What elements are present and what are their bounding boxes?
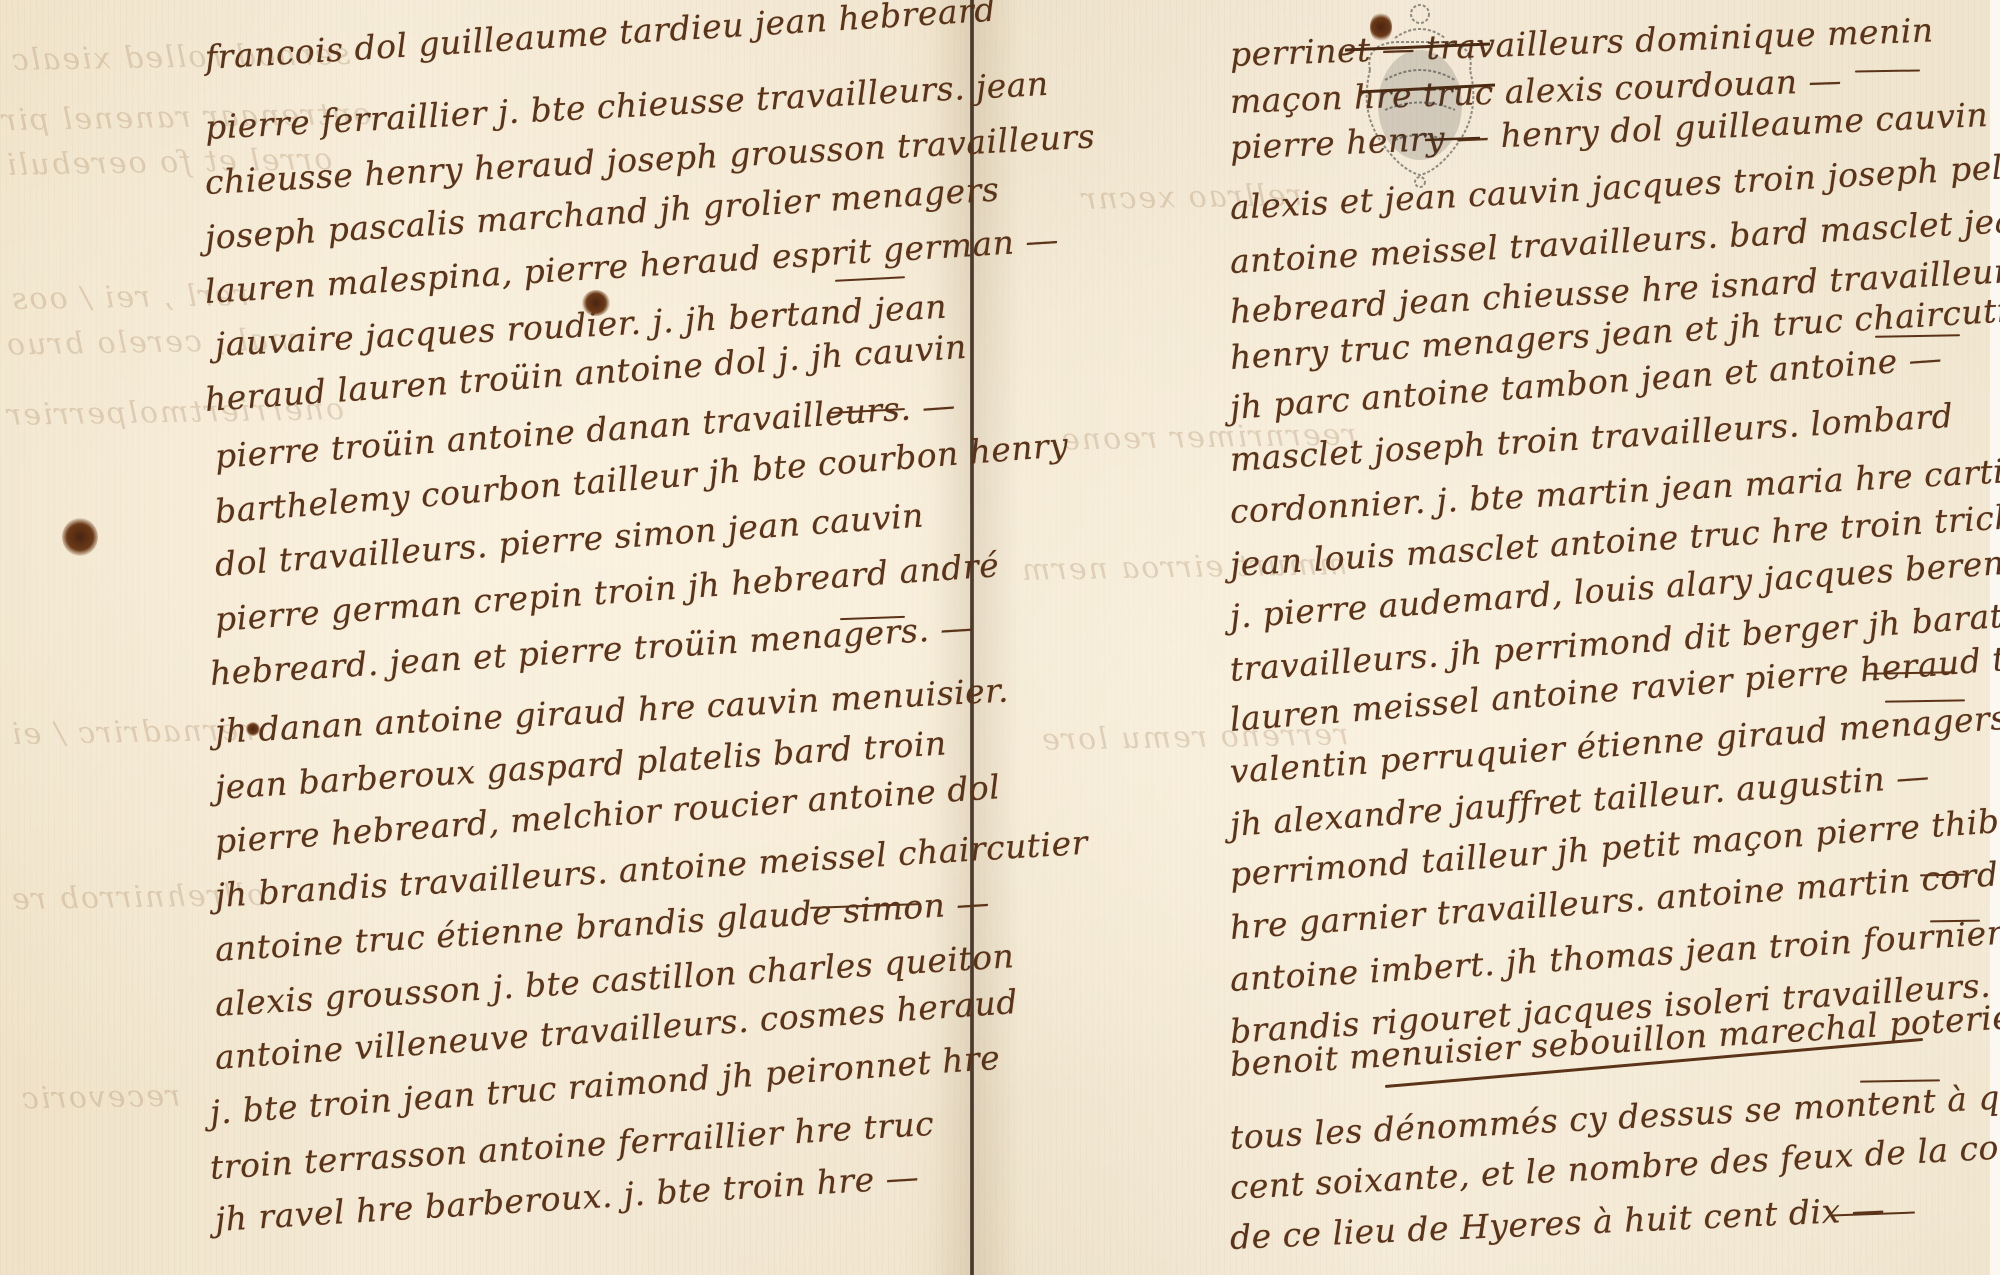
ink-blot	[62, 518, 98, 556]
manuscript-spread: sernod rolled xiealc ontrenaar ranenel p…	[0, 0, 2000, 1275]
ink-blot	[246, 722, 260, 736]
right-page: perrinet — travailleurs dominique menin …	[975, 0, 1990, 1275]
seal-stamp-icon	[1325, 0, 1515, 190]
manuscript-line: francois dol guilleaume tardieu jean heb…	[204, 0, 997, 77]
ink-blot	[582, 290, 610, 316]
left-page: francois dol guilleaume tardieu jean heb…	[0, 0, 970, 1275]
